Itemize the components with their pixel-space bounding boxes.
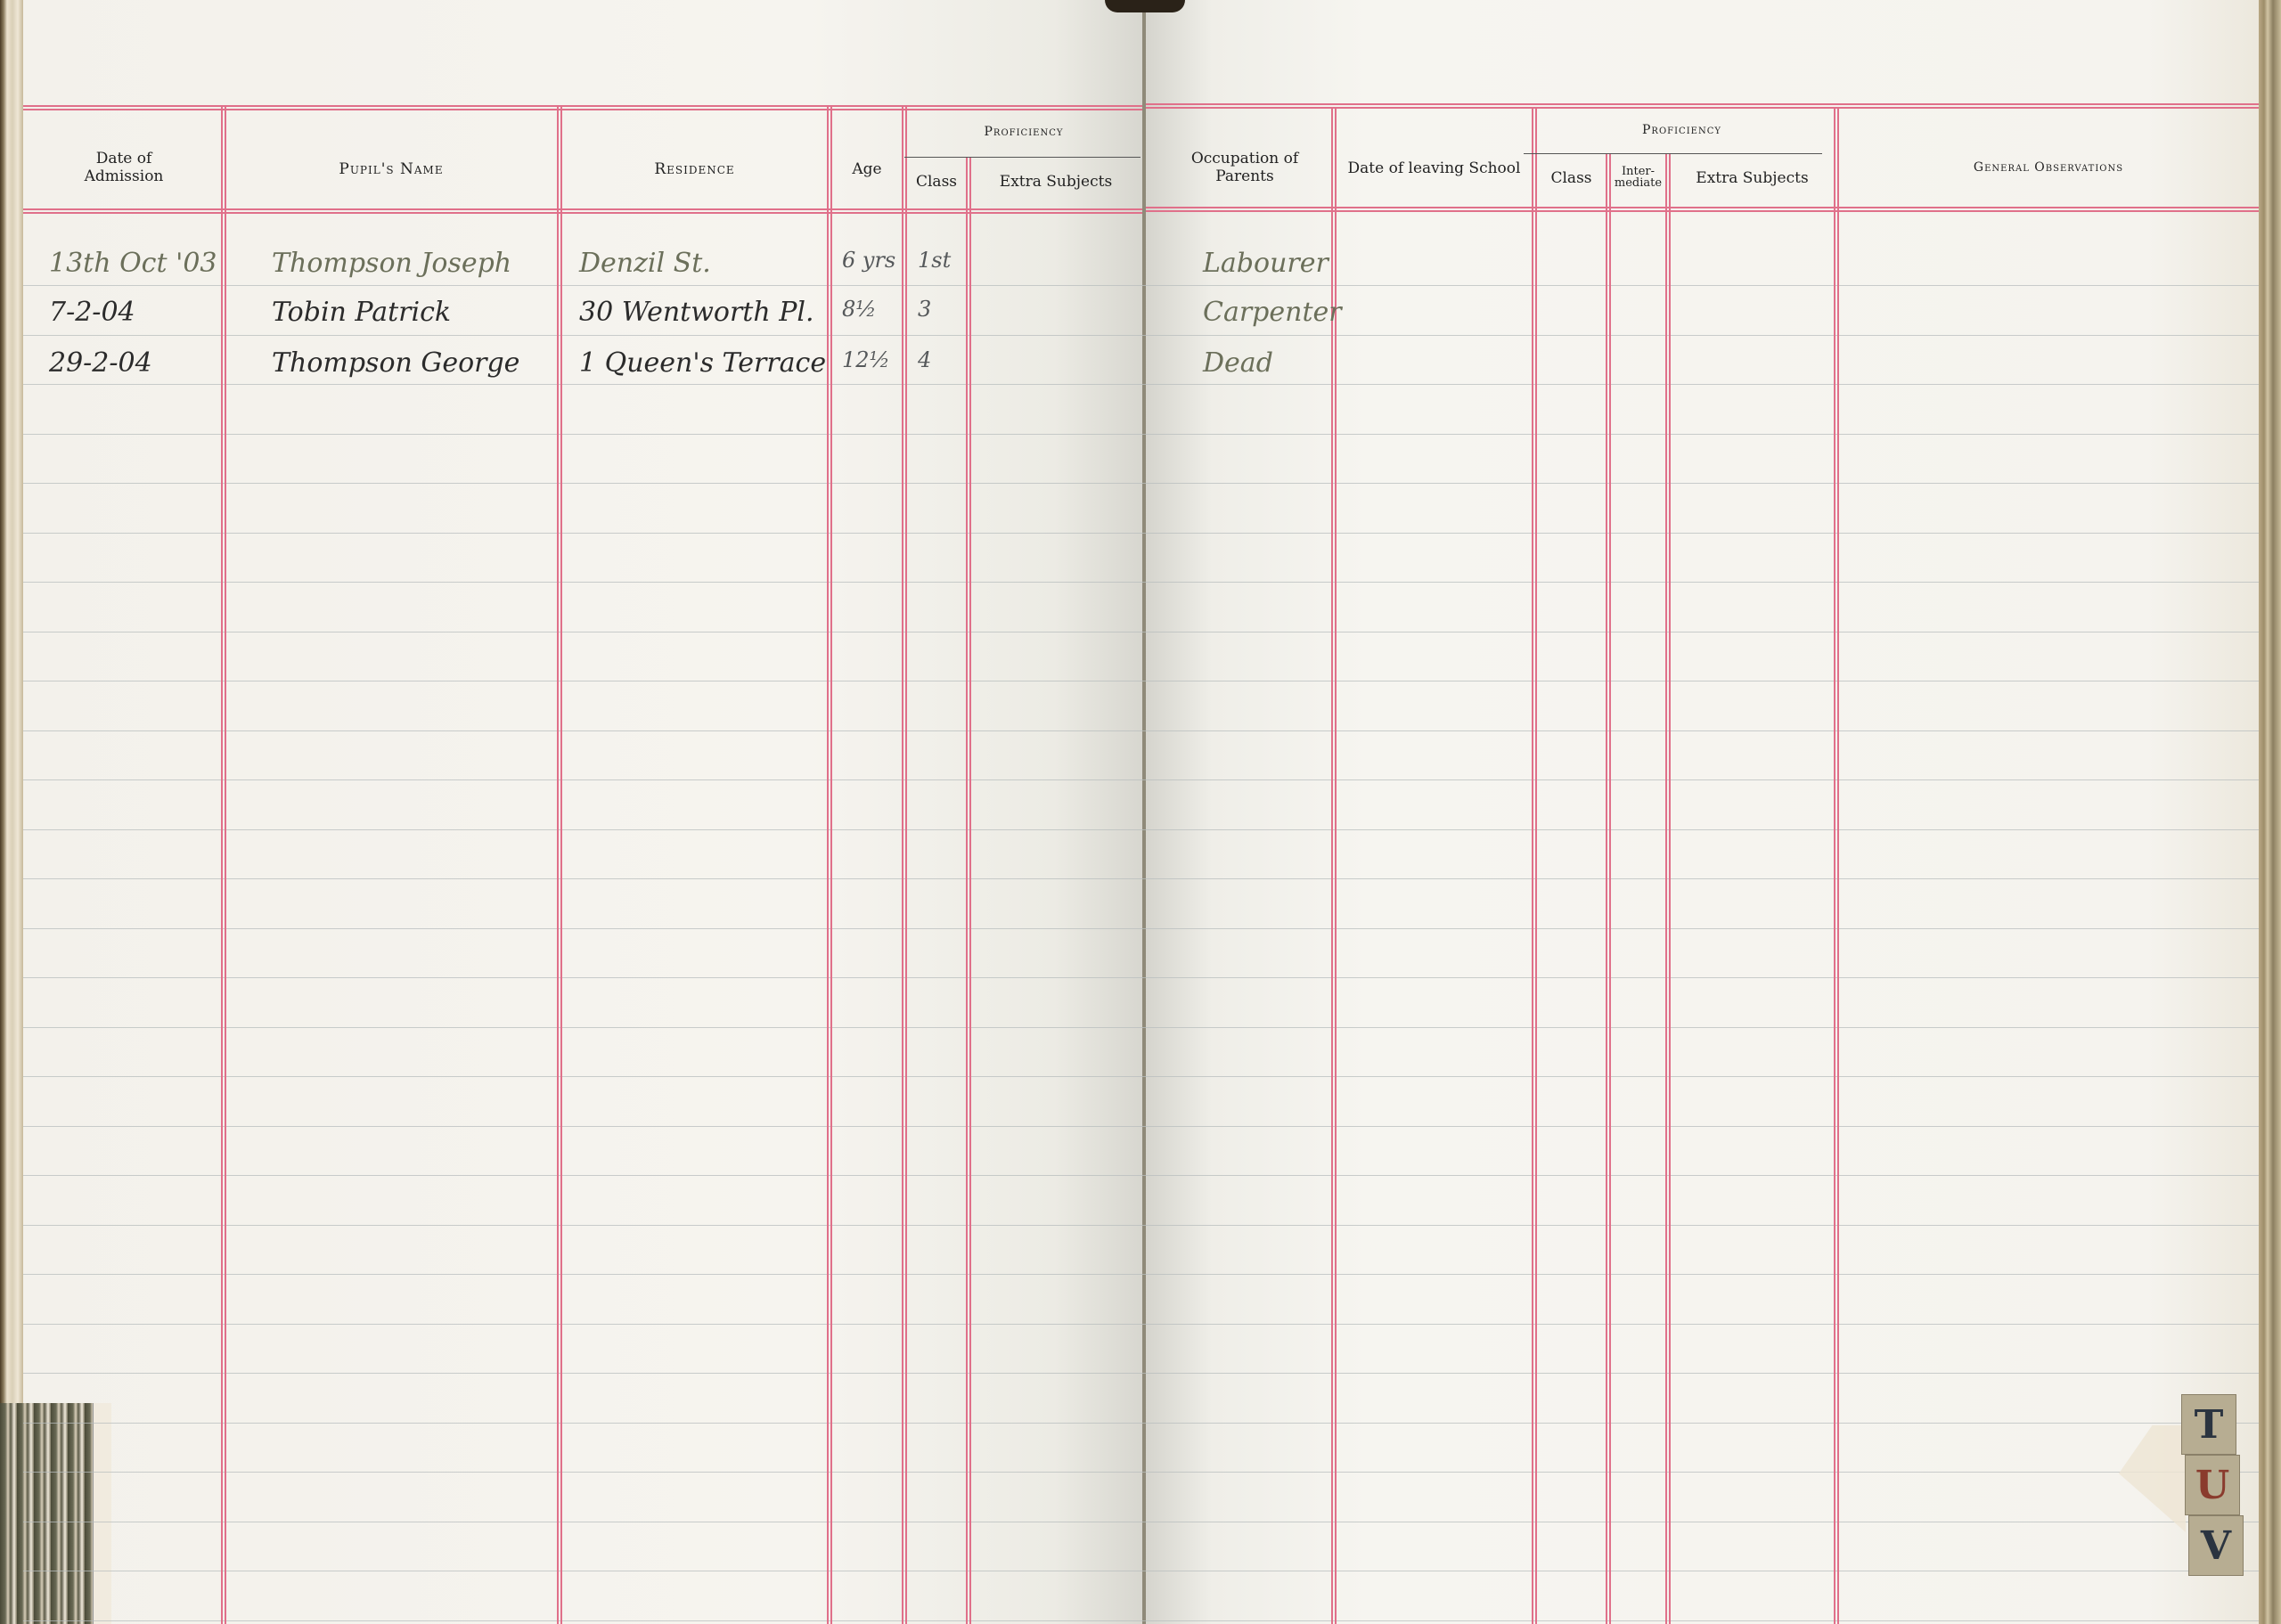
header-pupils-name: Pupil's Name <box>226 160 556 178</box>
column-rule <box>1834 107 1839 1624</box>
entry-age: 6 yrs <box>842 248 895 273</box>
entry-residence: 1 Queen's Terrace <box>579 347 826 379</box>
column-rule <box>221 107 226 1624</box>
entry-occupation-of-parents: Dead <box>1203 347 1273 379</box>
entry-class: 4 <box>918 347 931 372</box>
stacked-page-edges-bottom <box>0 1403 111 1624</box>
entry-class: 1st <box>918 248 951 273</box>
header-top-rule-right <box>1146 103 2259 109</box>
header-intermediate: Inter- mediate <box>1611 166 1665 189</box>
header-class-left: Class <box>907 173 966 191</box>
right-page-edges <box>2259 0 2281 1624</box>
header-occupation-of-parents: Occupation of Parents <box>1158 150 1331 185</box>
spine-shadow <box>1105 0 1185 12</box>
header-proficiency-left: Proficiency <box>907 123 1140 141</box>
column-rule <box>902 107 907 1624</box>
book-gutter <box>1142 0 1146 1624</box>
entry-pupils-name: Tobin Patrick <box>272 297 451 328</box>
header-residence: Residence <box>562 160 827 178</box>
entry-age: 12½ <box>842 347 890 372</box>
column-rule <box>557 107 562 1624</box>
entry-pupils-name: Thompson Joseph <box>272 248 511 279</box>
column-rule <box>966 157 971 1624</box>
entry-pupils-name: Thompson George <box>272 347 519 379</box>
header-date-of-admission: Date of Admission <box>27 150 221 185</box>
entry-date-of-admission: 29-2-04 <box>49 347 152 379</box>
right-page <box>1145 0 2259 1624</box>
column-rule <box>1331 107 1337 1624</box>
column-rule <box>827 107 832 1624</box>
column-rule <box>1665 153 1671 1624</box>
entry-date-of-admission: 7-2-04 <box>49 297 135 328</box>
header-proficiency-right: Proficiency <box>1537 121 1827 139</box>
header-class-right: Class <box>1537 169 1606 187</box>
left-page <box>23 0 1144 1624</box>
alphabet-index-tabs: TUV <box>2181 1394 2236 1576</box>
header-date-of-leaving-school: Date of leaving School <box>1337 159 1532 177</box>
entry-occupation-of-parents: Labourer <box>1203 248 1329 279</box>
entry-age: 8½ <box>842 297 877 322</box>
entry-date-of-admission: 13th Oct '03 <box>49 248 217 279</box>
index-tab-t[interactable]: T <box>2181 1394 2236 1455</box>
index-tab-u[interactable]: U <box>2185 1455 2240 1515</box>
header-extra-subjects-left: Extra Subjects <box>971 173 1140 191</box>
header-top-rule-left <box>23 105 1142 110</box>
column-rule <box>1532 107 1537 1624</box>
entry-occupation-of-parents: Carpenter <box>1203 297 1342 328</box>
column-rule <box>1606 153 1611 1624</box>
entry-class: 3 <box>918 297 931 322</box>
index-tab-v[interactable]: V <box>2188 1515 2244 1576</box>
proficiency-subdivider <box>904 157 1140 158</box>
header-extra-subjects-right: Extra Subjects <box>1671 169 1834 187</box>
header-bottom-rule-left <box>23 208 1142 214</box>
proficiency-subdivider <box>1524 153 1822 154</box>
entry-residence: 30 Wentworth Pl. <box>579 297 814 328</box>
header-bottom-rule-right <box>1146 207 2259 212</box>
entry-residence: Denzil St. <box>579 248 711 279</box>
header-age: Age <box>832 160 902 178</box>
header-general-observations: General Observations <box>1839 159 2258 176</box>
